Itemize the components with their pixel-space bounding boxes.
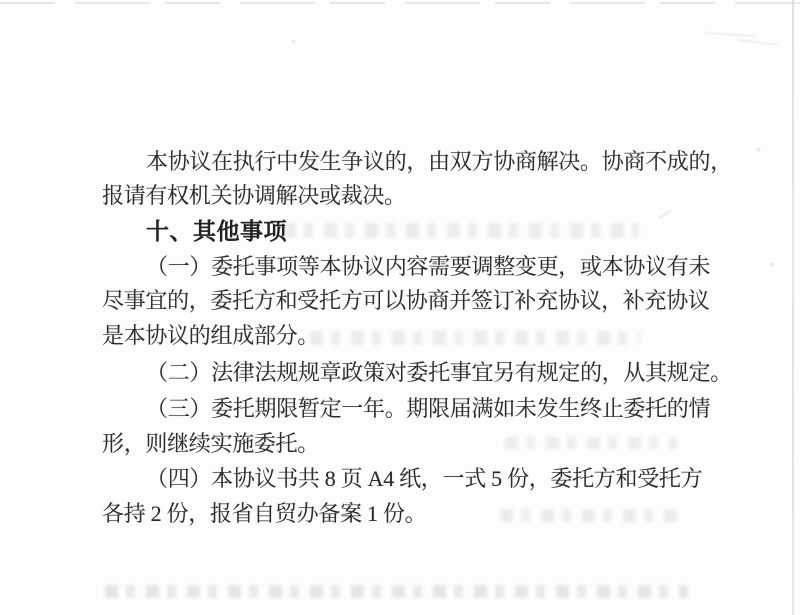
paragraph-line: （一）委托事项等本协议内容需要调整变更，或本协议有未 <box>146 252 710 282</box>
paragraph-line: （四）本协议书共 8 页 A4 纸，一式 5 份，委托方和受托方 <box>146 464 702 494</box>
pencil-scribble-mark <box>738 40 778 46</box>
paragraph-line: 本协议在执行中发生争议的，由双方协商解决。协商不成的， <box>146 147 732 177</box>
paragraph-line: 形，则继续实施委托。 <box>102 429 319 459</box>
bleed-through-band <box>500 509 682 522</box>
scan-right-edge-line <box>792 0 794 615</box>
paragraph-line: （二）法律法规规章政策对委托事宜另有规定的，从其规定。 <box>146 358 732 388</box>
bleed-through-band <box>505 437 677 449</box>
bleed-through-band <box>310 331 640 345</box>
paragraph-line: （三）委托期限暂定一年。期限届满如未发生终止委托的情 <box>146 394 710 424</box>
paragraph-line: 各持 2 份，报省自贸办备案 1 份。 <box>102 499 426 529</box>
scan-speck <box>770 263 773 266</box>
bleed-through-band <box>283 223 639 238</box>
scan-speck <box>757 148 760 151</box>
paragraph-line: 尽事宜的，委托方和受托方可以协商并签订补充协议，补充协议 <box>102 286 710 316</box>
stray-tick-mark <box>659 210 671 219</box>
section-heading: 十、其他事项 <box>146 216 287 246</box>
scan-speck <box>292 40 295 43</box>
scan-top-edge-line <box>0 2 800 4</box>
pencil-scribble-mark <box>704 32 756 37</box>
paragraph-line: 是本协议的组成部分。 <box>102 321 319 351</box>
scanned-document-page: 本协议在执行中发生争议的，由双方协商解决。协商不成的， 报请有权机关协调解决或裁… <box>0 0 800 615</box>
bleed-through-band <box>105 585 688 598</box>
paragraph-line: 报请有权机关协调解决或裁决。 <box>102 181 406 211</box>
